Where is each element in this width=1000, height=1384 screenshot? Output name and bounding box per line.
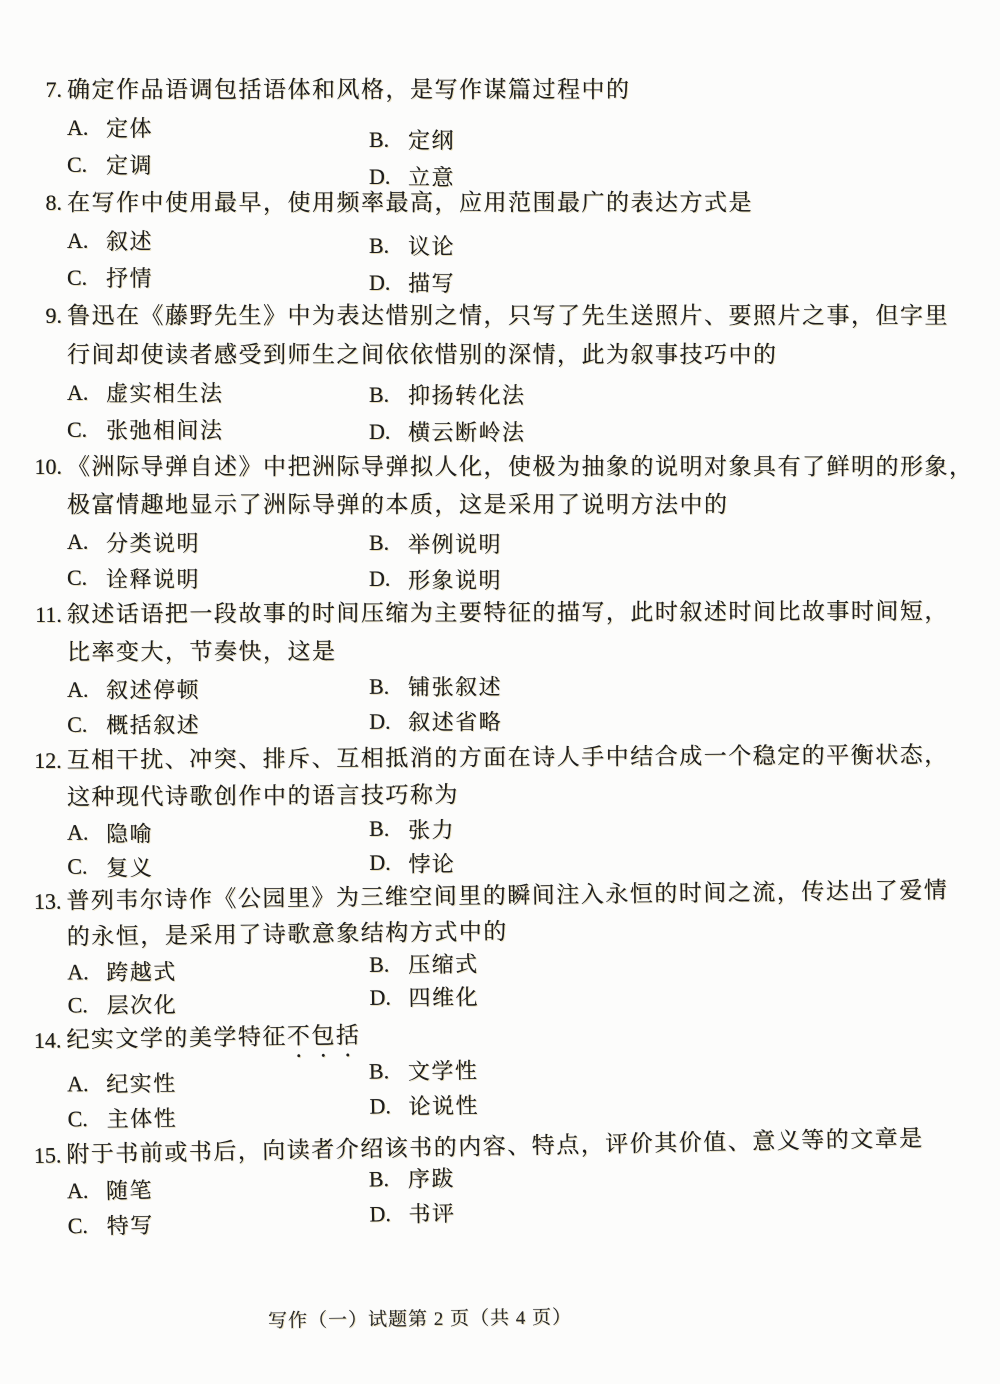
- option-letter: A.: [67, 676, 106, 702]
- option-c: C.张弛相间法: [67, 411, 369, 448]
- option-b: B.抑扬转化法: [369, 376, 980, 413]
- option-label: 议论: [408, 230, 455, 261]
- scanned-exam-page: 7. 确定作品语调包括语体和风格，是写作谋篇过程中的 A.定体 B.定纲 C.定…: [0, 0, 1000, 1384]
- question-7: 7. 确定作品语调包括语体和风格，是写作谋篇过程中的 A.定体 B.定纲 C.定…: [28, 70, 980, 183]
- stem-emphasized-text: 不包括: [287, 1023, 361, 1049]
- option-b: B.举例说明: [369, 525, 980, 561]
- stem-line: 鲁迅在《藤野先生》中为表达惜别之情，只写了先生送照片、要照片之事，但字里: [67, 296, 949, 335]
- option-label: 序跋: [408, 1162, 456, 1194]
- option-b: B.议论: [369, 227, 980, 264]
- option-letter: A.: [67, 380, 106, 406]
- option-d: D.形象说明: [369, 561, 980, 597]
- question-stem: 互相干扰、冲突、排斥、互相抵消的方面在诗人手中结合成一个稳定的平衡状态， 这种现…: [67, 736, 949, 815]
- question-14: 14. 纪实文学的美学特征不包括 A.纪实性 B.文学性 C.主体性 D.论说性: [27, 1007, 981, 1137]
- option-label: 抑扬转化法: [408, 379, 526, 410]
- option-letter: D.: [369, 1093, 408, 1120]
- option-label: 诠释说明: [106, 563, 200, 594]
- question-number: 10.: [28, 448, 62, 486]
- option-letter: C.: [67, 265, 106, 291]
- option-b: B.张力: [369, 808, 980, 846]
- question-stem: 叙述话语把一段故事的时间压缩为主要特征的描写，此时叙述时间比故事时间短， 比率变…: [67, 593, 949, 672]
- option-label: 复义: [106, 851, 153, 882]
- option-a: A.定体: [67, 109, 369, 146]
- option-letter: C.: [67, 1105, 106, 1132]
- stem-line: 比率变大，节奏快，这是: [67, 631, 949, 672]
- option-label: 纪实性: [106, 1067, 177, 1099]
- question-stem: 在写作中使用最早，使用频率最高，应用范围最广的表达方式是: [67, 183, 753, 222]
- option-c: C.抒情: [67, 259, 369, 296]
- option-label: 压缩式: [408, 947, 479, 979]
- option-label: 随笔: [106, 1174, 154, 1206]
- option-letter: D.: [369, 708, 408, 734]
- question-10: 10. 《洲际导弹自述》中把洲际导弹拟人化，使极为抽象的说明对象具有了鲜明的形象…: [28, 448, 980, 596]
- option-label: 抒情: [106, 262, 153, 293]
- option-c: C.定调: [67, 146, 369, 183]
- option-letter: A.: [67, 529, 106, 555]
- option-label: 铺张叙述: [408, 670, 502, 701]
- options-grid: A.虚实相生法 B.抑扬转化法 C.张弛相间法 D.横云断岭法: [67, 374, 980, 448]
- question-number: 8.: [28, 183, 62, 222]
- option-label: 隐喻: [106, 817, 153, 848]
- question-number: 14.: [27, 1021, 62, 1059]
- stem-line: 行间却使读者感受到师生之间依依惜别的深情，此为叙事技巧中的: [67, 335, 949, 374]
- option-letter: D.: [369, 984, 408, 1010]
- question-9: 9. 鲁迅在《藤野先生》中为表达惜别之情，只写了先生送照片、要照片之事，但字里 …: [28, 296, 980, 448]
- option-letter: C.: [67, 1212, 106, 1239]
- option-letter: C.: [67, 854, 106, 880]
- question-13: 13. 普列韦尔诗作《公园里》为三维空间里的瞬间注入永恒的时间之流，传达出了爱情…: [27, 872, 981, 1022]
- option-a: A.随笔: [67, 1167, 370, 1208]
- question-number: 13.: [27, 884, 61, 920]
- option-letter: D.: [369, 850, 408, 876]
- option-c: C.特写: [67, 1202, 370, 1243]
- option-label: 层次化: [106, 988, 177, 1020]
- option-letter: B.: [369, 951, 408, 977]
- option-label: 叙述停顿: [106, 673, 200, 704]
- question-12: 12. 互相干扰、冲突、排斥、互相抵消的方面在诗人手中结合成一个稳定的平衡状态，…: [28, 736, 981, 884]
- option-a: A.虚实相生法: [67, 374, 369, 411]
- stem-text: 纪实文学的美学特征: [66, 1024, 287, 1052]
- option-b: B.定纲: [369, 121, 980, 158]
- option-letter: B.: [369, 233, 408, 259]
- option-letter: C.: [67, 565, 106, 591]
- option-letter: B.: [369, 673, 408, 699]
- option-c: C.诠释说明: [67, 560, 369, 596]
- option-d: D.叙述省略: [369, 702, 980, 739]
- option-label: 主体性: [106, 1102, 177, 1134]
- option-a: A.叙述: [67, 222, 369, 259]
- option-a: A.纪实性: [67, 1062, 370, 1102]
- option-letter: B.: [369, 816, 408, 842]
- option-label: 跨越式: [106, 955, 177, 987]
- option-label: 横云断岭法: [408, 416, 526, 447]
- option-label: 书评: [408, 1197, 456, 1229]
- question-number: 11.: [28, 596, 62, 634]
- option-c: C.复义: [67, 848, 369, 884]
- option-label: 论说性: [408, 1089, 479, 1121]
- option-letter: A.: [67, 959, 106, 985]
- question-stem: 确定作品语调包括语体和风格，是写作谋篇过程中的: [67, 70, 631, 109]
- option-label: 悖论: [408, 847, 455, 878]
- option-letter: D.: [369, 566, 408, 592]
- option-letter: A.: [67, 1177, 106, 1204]
- option-letter: C.: [67, 152, 106, 178]
- option-label: 文学性: [408, 1054, 479, 1086]
- option-letter: C.: [67, 992, 106, 1018]
- stem-line: 叙述话语把一段故事的时间压缩为主要特征的描写，此时叙述时间比故事时间短，: [67, 593, 949, 634]
- option-letter: B.: [369, 382, 408, 408]
- option-label: 张力: [408, 813, 455, 844]
- page-footer: 写作（一）试题第 2 页（共 4 页）: [268, 1297, 980, 1333]
- option-letter: A.: [67, 820, 106, 846]
- option-letter: A.: [67, 1070, 106, 1097]
- stem-line: 《洲际导弹自述》中把洲际导弹拟人化，使极为抽象的说明对象具有了鲜明的形象，: [67, 448, 974, 486]
- stem-line: 在写作中使用最早，使用频率最高，应用范围最广的表达方式是: [67, 183, 753, 222]
- options-grid: A.分类说明 B.举例说明 C.诠释说明 D.形象说明: [67, 524, 980, 596]
- question-stem: 《洲际导弹自述》中把洲际导弹拟人化，使极为抽象的说明对象具有了鲜明的形象， 极富…: [67, 448, 974, 524]
- options-grid: A.隐喻 B.张力 C.复义 D.悖论: [67, 810, 980, 884]
- option-letter: A.: [67, 228, 106, 254]
- option-label: 分类说明: [106, 527, 200, 558]
- stem-line: 互相干扰、冲突、排斥、互相抵消的方面在诗人手中结合成一个稳定的平衡状态，: [67, 736, 949, 778]
- question-11: 11. 叙述话语把一段故事的时间压缩为主要特征的描写，此时叙述时间比故事时间短，…: [28, 593, 981, 742]
- question-stem: 鲁迅在《藤野先生》中为表达惜别之情，只写了先生送照片、要照片之事，但字里 行间却…: [67, 296, 949, 374]
- option-letter: D.: [369, 1200, 408, 1227]
- option-label: 叙述: [106, 225, 153, 256]
- option-letter: C.: [67, 711, 106, 737]
- question-number: 15.: [27, 1136, 62, 1174]
- option-label: 张弛相间法: [106, 414, 224, 445]
- stem-line: 极富情趣地显示了洲际导弹的本质，这是采用了说明方法中的: [67, 486, 974, 524]
- option-label: 形象说明: [408, 564, 502, 595]
- option-letter: B.: [369, 1165, 408, 1192]
- option-label: 描写: [408, 267, 455, 298]
- options-grid: A.定体 B.定纲 C.定调 D.立意: [67, 109, 980, 183]
- question-number: 12.: [28, 742, 62, 779]
- option-a: A.分类说明: [67, 524, 369, 560]
- stem-line: 确定作品语调包括语体和风格，是写作谋篇过程中的: [67, 70, 631, 109]
- option-label: 虚实相生法: [106, 377, 224, 408]
- option-c: C.概括叙述: [67, 706, 369, 742]
- option-d: D.横云断岭法: [369, 413, 980, 450]
- option-a: A.隐喻: [67, 814, 369, 850]
- option-a: A.叙述停顿: [67, 671, 369, 707]
- question-number: 7.: [28, 70, 62, 109]
- question-15: 15. 附于书前或书后，向读者介绍该书的内容、特点，评价其价值、意义等的文章是 …: [27, 1119, 981, 1244]
- option-label: 定体: [106, 112, 153, 143]
- option-label: 概括叙述: [106, 708, 200, 739]
- option-letter: D.: [369, 419, 408, 445]
- option-b: B.铺张叙述: [369, 667, 980, 704]
- options-grid: A.叙述 B.议论 C.抒情 D.描写: [67, 222, 980, 296]
- option-c: C.层次化: [67, 985, 369, 1022]
- option-label: 定调: [106, 149, 153, 180]
- option-label: 定纲: [408, 124, 455, 155]
- option-letter: C.: [67, 417, 106, 443]
- option-letter: B.: [369, 1058, 408, 1085]
- option-label: 特写: [106, 1209, 154, 1241]
- option-label: 四维化: [408, 980, 479, 1012]
- option-label: 叙述省略: [408, 705, 502, 736]
- option-letter: A.: [67, 115, 106, 141]
- stem-line: 纪实文学的美学特征不包括: [66, 1017, 361, 1067]
- option-letter: D.: [369, 270, 408, 296]
- question-number: 9.: [28, 296, 62, 335]
- options-grid: A.叙述停顿 B.铺张叙述 C.概括叙述 D.叙述省略: [67, 669, 980, 742]
- option-label: 举例说明: [408, 528, 502, 559]
- question-8: 8. 在写作中使用最早，使用频率最高，应用范围最广的表达方式是 A.叙述 B.议…: [28, 183, 980, 296]
- option-a: A.跨越式: [67, 952, 369, 989]
- option-letter: B.: [369, 127, 408, 153]
- option-letter: B.: [369, 530, 408, 556]
- question-stem: 纪实文学的美学特征不包括: [66, 1017, 361, 1067]
